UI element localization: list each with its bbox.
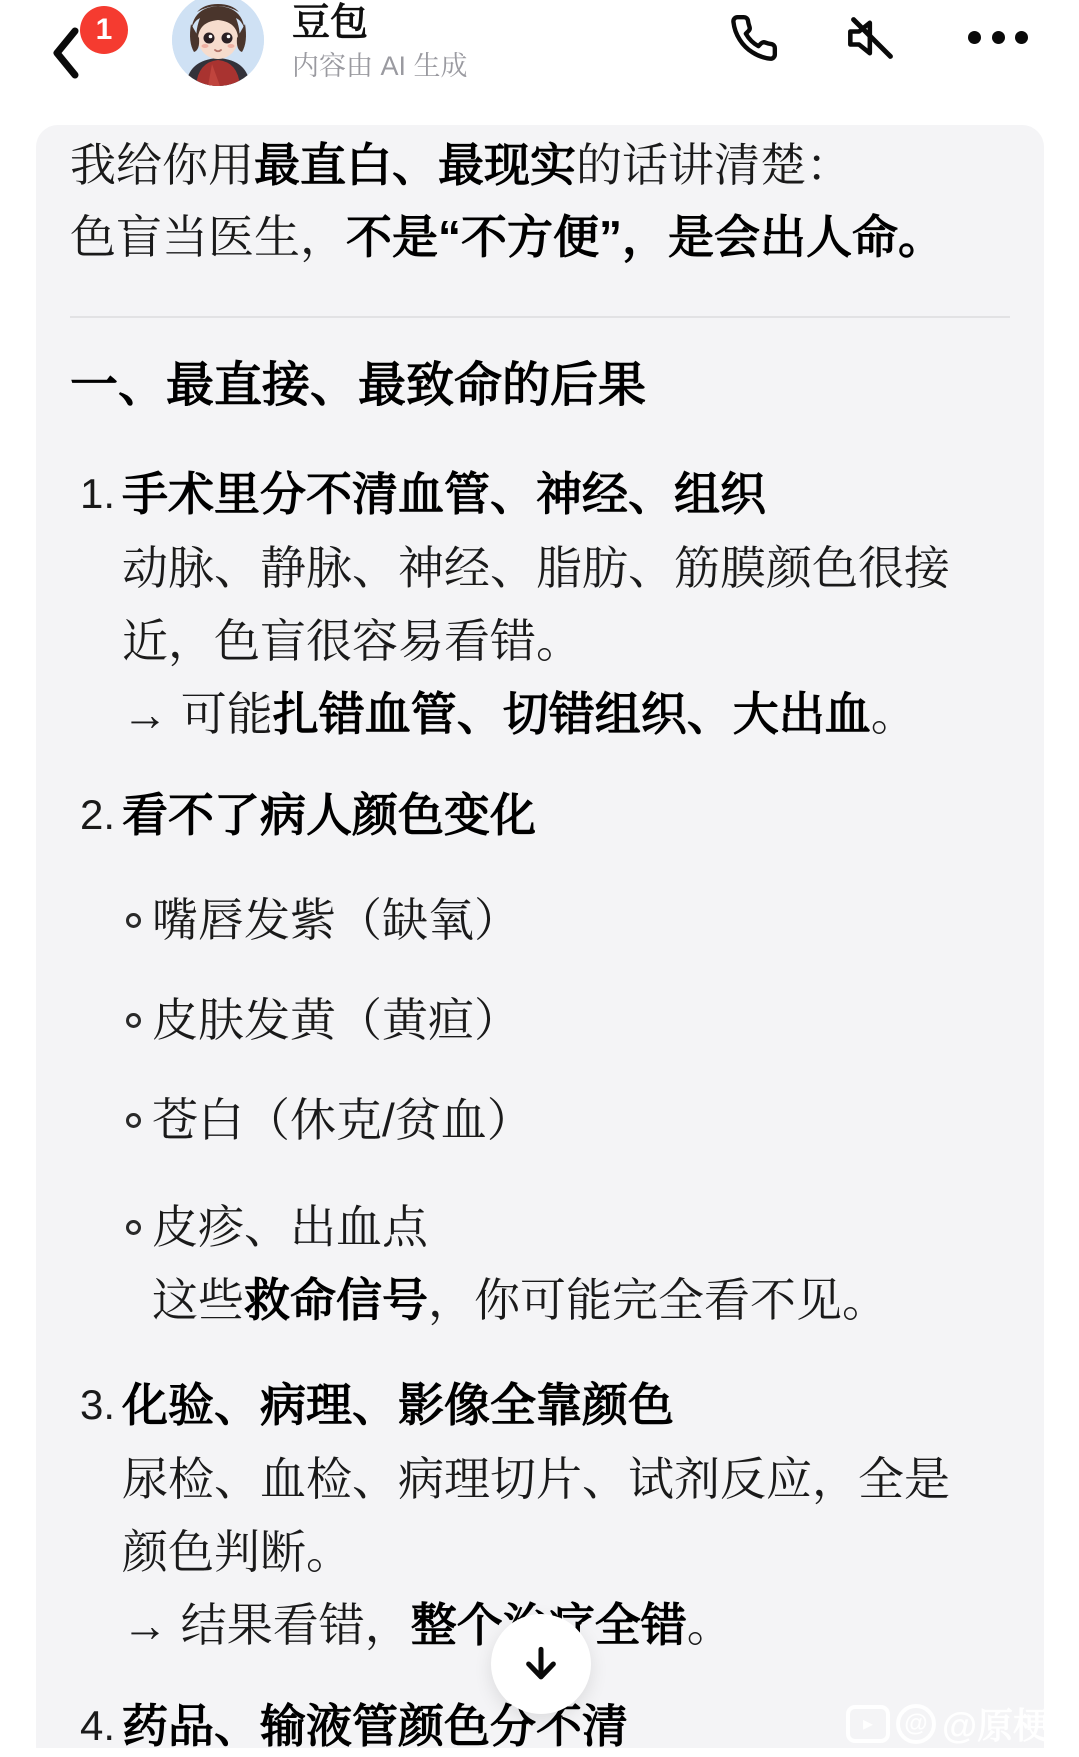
ai-message-card: 我给你用最直白、最现实的话讲清楚： 色盲当医生，不是“不方便”，是会出人命。 一… (36, 125, 1044, 1748)
scroll-to-bottom-button[interactable] (491, 1614, 591, 1714)
item-number: 4. (80, 1688, 115, 1748)
watermark: ▸ @ @原梗鸣潮吧 (846, 1698, 1079, 1749)
bullet-marker (126, 1113, 141, 1128)
item-number: 2. (80, 777, 115, 853)
section-title: 一、最直接、最致命的后果 (70, 354, 1010, 418)
item-heading: 看不了病人颜色变化 (122, 777, 1010, 853)
mute-icon[interactable] (846, 12, 898, 64)
intro-line-2: 色盲当医生，不是“不方便”，是会出人命。 (70, 201, 1010, 273)
item-body: 动脉、静脉、神经、脂肪、筋膜颜色很接 近，色盲很容易看错。 → 可能扎错血管、切… (122, 532, 1010, 751)
item-number: 3. (80, 1367, 115, 1443)
chat-title: 豆包 (292, 0, 368, 46)
intro-line-1: 我给你用最直白、最现实的话讲清楚： (70, 129, 1010, 201)
watermark-at-icon: @ (896, 1704, 936, 1744)
bullet-marker (126, 1220, 141, 1235)
item-heading: 化验、病理、影像全靠颜色 (122, 1367, 1010, 1443)
voice-call-icon[interactable] (729, 13, 779, 63)
back-icon[interactable] (50, 26, 82, 80)
item-heading: 手术里分不清血管、神经、组织 (122, 456, 1010, 532)
more-icon[interactable] (968, 31, 1028, 45)
chat-screen: 1 (0, 0, 1079, 1757)
bullet-item: 皮疹、出血点 这些救命信号，你可能完全看不见。 (122, 1191, 1010, 1337)
bottom-edge (0, 1748, 1079, 1757)
list-item-2: 2. 看不了病人颜色变化 嘴唇发紫（缺氧） 皮肤发黄（黄疸） 苍白（休克/贫血）… (70, 777, 1010, 1337)
arrow-conclusion: → 结果看错， (122, 1599, 411, 1651)
list-item-1: 1. 手术里分不清血管、神经、组织 动脉、静脉、神经、脂肪、筋膜颜色很接 近，色… (70, 456, 1010, 751)
unread-badge[interactable]: 1 (80, 6, 128, 54)
arrow-conclusion: → 可能 (122, 688, 273, 740)
ai-disclaimer: 内容由 AI 生成 (292, 50, 468, 82)
avatar[interactable] (172, 0, 264, 86)
bullet-marker (126, 1013, 141, 1028)
bullet-item: 嘴唇发紫（缺氧） (122, 884, 1010, 957)
bullet-item: 苍白（休克/贫血） (122, 1084, 1010, 1157)
watermark-text: @原梗鸣潮吧 (942, 1698, 1079, 1749)
watermark-tv-icon: ▸ (846, 1705, 890, 1743)
chat-header: 1 (0, 0, 1079, 125)
bullet-note: 这些 (152, 1274, 244, 1326)
consequence-list: 1. 手术里分不清血管、神经、组织 动脉、静脉、神经、脂肪、筋膜颜色很接 近，色… (70, 456, 1010, 1748)
bullet-marker (126, 913, 141, 928)
symptom-bullets: 嘴唇发紫（缺氧） 皮肤发黄（黄疸） 苍白（休克/贫血） 皮疹、出血点 这些救命信… (122, 884, 1010, 1337)
item-number: 1. (80, 456, 115, 532)
section-divider (70, 316, 1010, 318)
bullet-item: 皮肤发黄（黄疸） (122, 984, 1010, 1057)
down-arrow-icon (513, 1636, 569, 1692)
intro-paragraph: 我给你用最直白、最现实的话讲清楚： 色盲当医生，不是“不方便”，是会出人命。 (70, 129, 1010, 273)
avatar-illustration (172, 0, 264, 86)
